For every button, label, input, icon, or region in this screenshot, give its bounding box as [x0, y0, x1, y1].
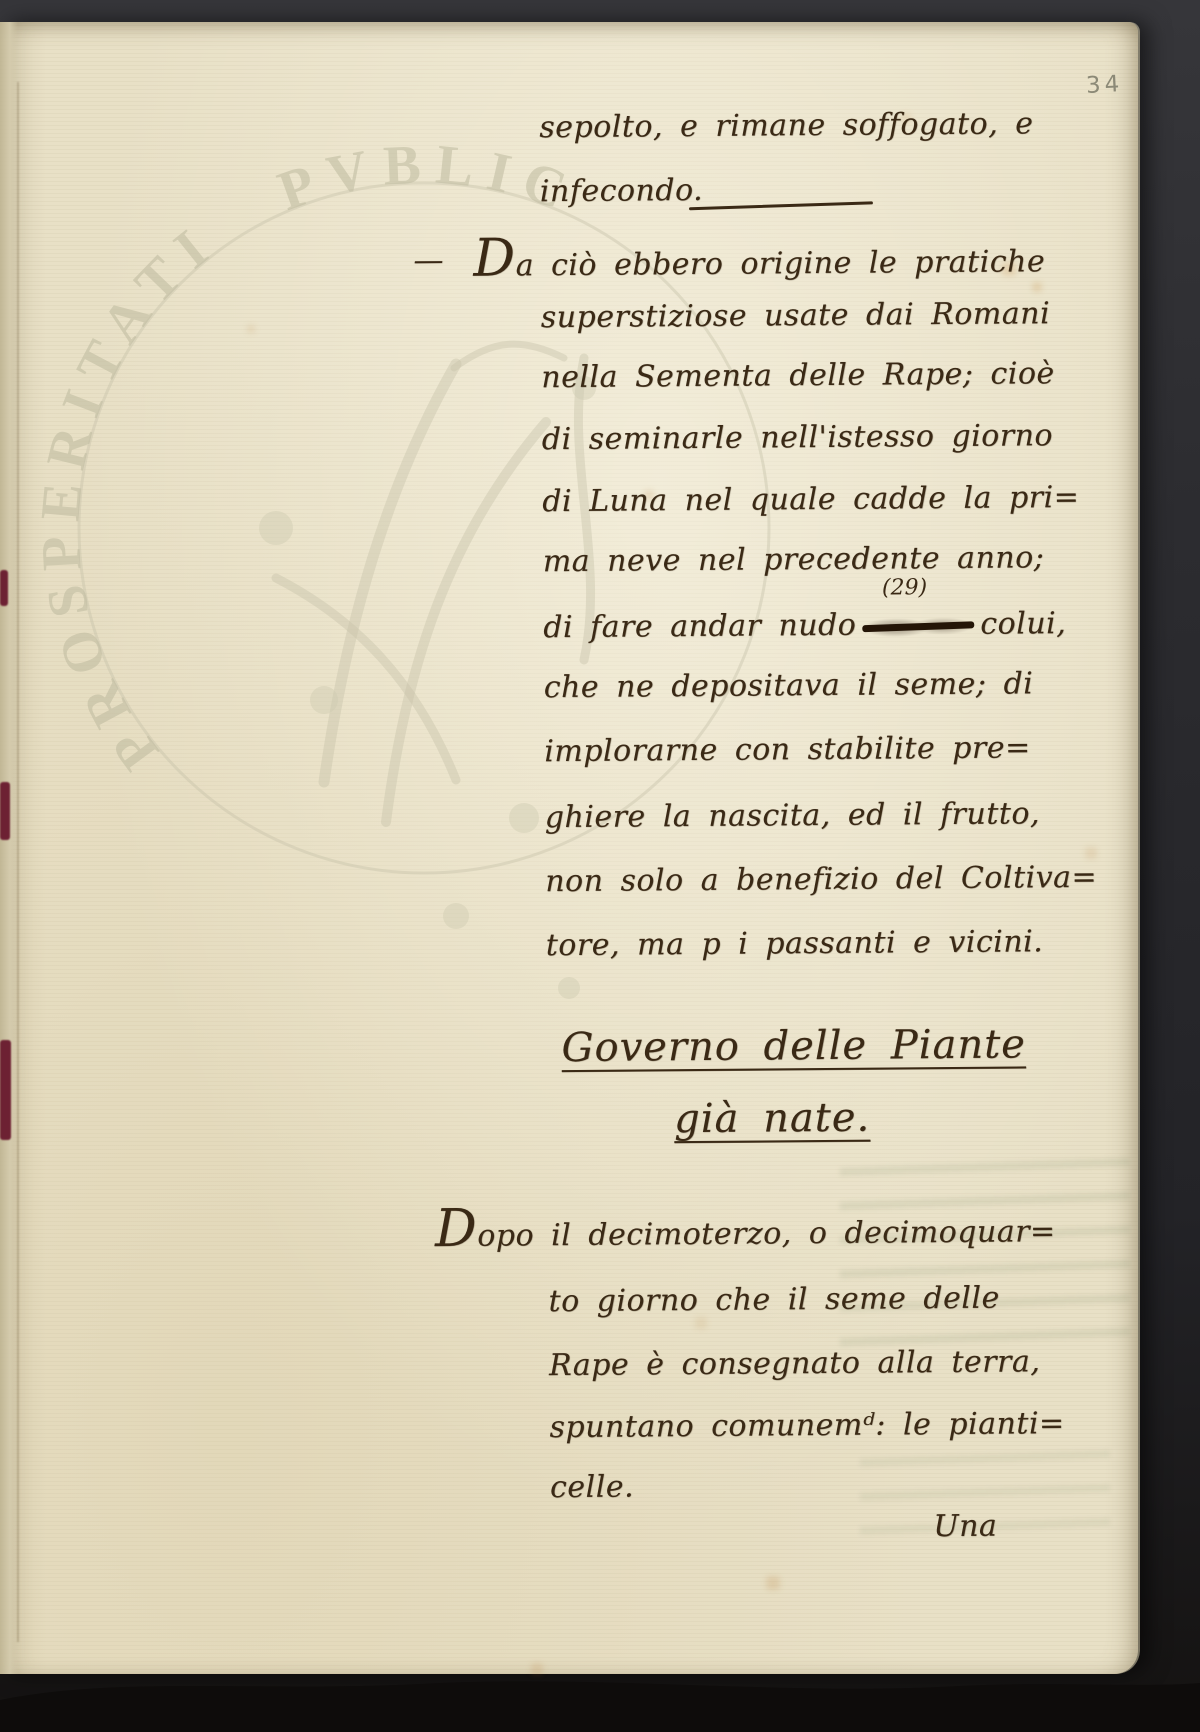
- scan-background: { "scan": { "folio_number": "34", "paper…: [0, 0, 1200, 1732]
- struck-out-word: [862, 614, 974, 639]
- interlinear-annotation: (29): [882, 575, 927, 600]
- handwriting-layer: sepolto, e rimane soffogato, e infecondo…: [0, 18, 1144, 1679]
- line-text-after-strike: colui,: [980, 606, 1066, 642]
- flourish-rule: [689, 201, 873, 210]
- section-heading-line1: Governo delle Piante: [561, 1026, 1026, 1066]
- manuscript-line: to giorno che il seme delle: [548, 1281, 999, 1321]
- section-heading-line2: già nate.: [674, 1100, 870, 1138]
- manuscript-page: PROSPERITATI PVBLIC 34 sepolto, e rimane…: [0, 22, 1138, 1674]
- manuscript-line: superstiziose usate dai Romani: [541, 296, 1051, 336]
- manuscript-line: ma neve nel precedente anno;: [543, 540, 1045, 580]
- manuscript-line: nella Sementa delle Rape; cioè: [541, 356, 1055, 396]
- binding-stitch: [0, 570, 8, 606]
- manuscript-line: di seminarle nell'istesso giorno: [542, 418, 1054, 458]
- manuscript-line: Dopo il decimoterzo, o decimoquar=: [435, 1206, 1056, 1255]
- manuscript-line: implorarne con stabilite pre=: [544, 730, 1031, 770]
- manuscript-line: spuntano comunemᵈ: le pianti=: [549, 1406, 1064, 1446]
- binding-stitch: [0, 1040, 11, 1140]
- manuscript-line: di fare andar nudocolui,: [543, 606, 1066, 646]
- manuscript-line: celle.: [550, 1470, 634, 1507]
- manuscript-line: tore, ma p i passanti e vicini.: [546, 924, 1044, 964]
- foxing-stains: [0, 22, 2, 24]
- paragraph-margin-dash: —: [413, 243, 444, 279]
- manuscript-line: ghiere la nascita, ed il frutto,: [545, 796, 1041, 836]
- manuscript-line: che ne depositava il seme; di: [544, 666, 1034, 706]
- manuscript-line: non solo a benefizio del Coltiva=: [545, 860, 1097, 900]
- catchword: Una: [933, 1509, 997, 1546]
- manuscript-line: Da ciò ebbero origine le pratiche: [473, 236, 1045, 284]
- manuscript-line: sepolto, e rimane soffogato, e: [539, 106, 1033, 146]
- manuscript-line: di Luna nel quale cadde la pri=: [542, 480, 1079, 520]
- scan-bottom-edge: [0, 1656, 1200, 1732]
- manuscript-line: Rape è consegnato alla terra,: [549, 1344, 1041, 1384]
- line-text-before-strike: di fare andar nudo: [543, 608, 856, 645]
- manuscript-line: infecondo.: [540, 173, 704, 210]
- binding-stitch: [0, 782, 10, 840]
